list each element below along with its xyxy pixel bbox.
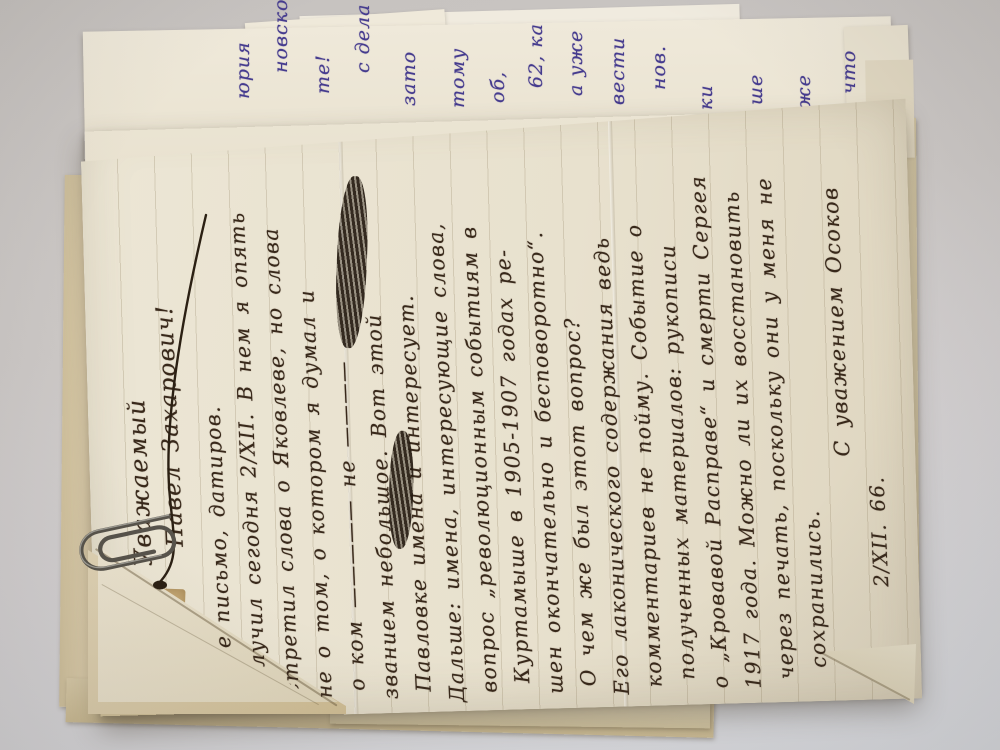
fragment-text: с дела xyxy=(352,49,374,73)
photo-of-letter-stack: юрия новской те! с дела зато тому об, 62… xyxy=(0,0,1000,750)
fragment-text: ки xyxy=(695,86,717,110)
fragment-text: же xyxy=(793,85,815,109)
fragment-text: новской xyxy=(270,49,292,73)
fragment-text: об, xyxy=(487,79,509,103)
fragment-text: а уже xyxy=(565,72,587,96)
fragment-text: вести xyxy=(607,81,629,105)
fragment-text: 62, ка xyxy=(525,64,547,88)
letter-text-block: Уважаемый Павел Захарович! Ваше письмо, … xyxy=(108,103,894,717)
fragment-text: те! xyxy=(312,70,334,94)
letter-text-area: Уважаемый Павел Захарович! Ваше письмо, … xyxy=(80,99,922,722)
fragment-text: что xyxy=(838,70,860,94)
fragment-text: нов. xyxy=(648,66,670,90)
fragment-text: тому xyxy=(447,84,469,108)
fragment-text: зато xyxy=(398,82,420,106)
fragment-text: юрия xyxy=(232,75,254,99)
fragment-text: ше xyxy=(745,81,767,105)
